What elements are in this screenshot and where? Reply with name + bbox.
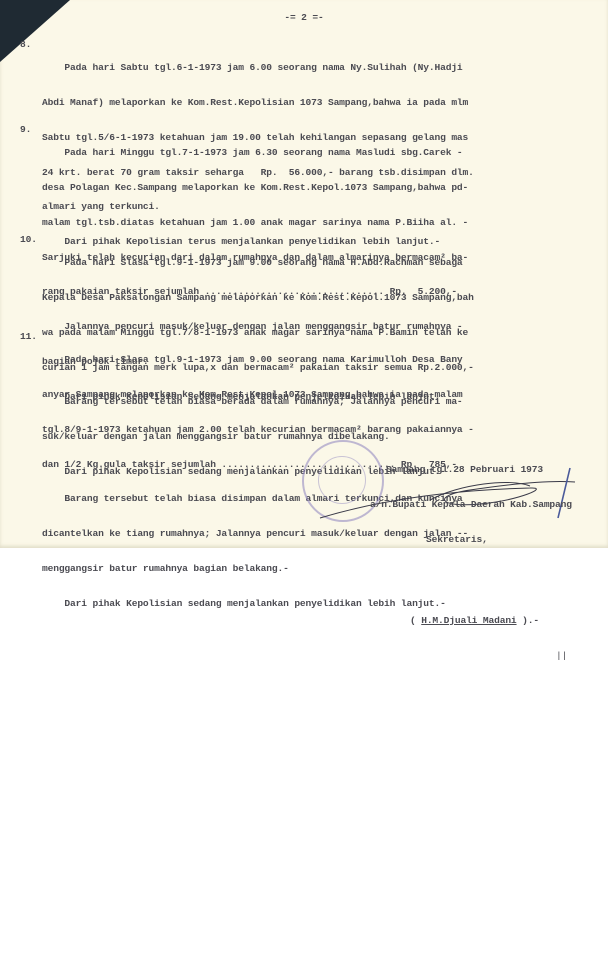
line: Pada hari Slasa tgl.9-1-1973 jam 9.00 se… bbox=[42, 354, 474, 366]
line: Abdi Manaf) melaporkan ke Kom.Rest.Kepol… bbox=[42, 97, 474, 109]
item-number: 8. bbox=[20, 39, 31, 51]
signatory-name-line: ( H.M.Djuali Madani ).- bbox=[380, 615, 572, 627]
line: Pada hari Slasa tgl.9-1-1973 jam 9.00 se… bbox=[42, 257, 474, 269]
report-item-11: 11. Pada hari Slasa tgl.9-1-1973 jam 9.0… bbox=[20, 331, 42, 377]
place-date: Sampang tgl.28 Pebruari 1973 bbox=[380, 464, 572, 476]
on-behalf-of: a/n.Bupati Kepala Daerah Kab.Sampang bbox=[370, 499, 572, 511]
item-number: 10. bbox=[20, 234, 37, 246]
line: Kepala Desa Paksalongan Sampang melapork… bbox=[42, 292, 474, 304]
line: malam tgl.tsb.diatas ketahuan jam 1.00 a… bbox=[42, 217, 468, 229]
line: anyar Sampang melaporkan ke Kom.Rest.Kep… bbox=[42, 389, 474, 401]
signature-block: Sampang tgl.28 Pebruari 1973 a/n.Bupati … bbox=[380, 441, 572, 684]
line: Pada hari Sabtu tgl.6-1-1973 jam 6.00 se… bbox=[42, 62, 474, 74]
item-number: 11. bbox=[20, 331, 37, 343]
report-item-8: 8. Pada hari Sabtu tgl.6-1-1973 jam 6.00… bbox=[20, 39, 42, 85]
margin-mark: || bbox=[380, 650, 572, 662]
document-page: -= 2 =- 8. Pada hari Sabtu tgl.6-1-1973 … bbox=[0, 0, 608, 548]
folded-corner-edge bbox=[0, 0, 22, 68]
item-number: 9. bbox=[20, 124, 31, 136]
report-item-10: 10. Pada hari Slasa tgl.9-1-1973 jam 9.0… bbox=[20, 234, 42, 280]
page-number: -= 2 =- bbox=[0, 12, 608, 24]
report-item-9: 9. Pada hari Minggu tgl.7-1-1973 jam 6.3… bbox=[20, 124, 42, 170]
line: Pada hari Minggu tgl.7-1-1973 jam 6.30 s… bbox=[42, 147, 468, 159]
signatory-title: Sekretaris, bbox=[380, 534, 572, 546]
signatory-name: H.M.Djuali Madani bbox=[421, 615, 516, 626]
line: desa Polagan Kec.Sampang melaporkan ke K… bbox=[42, 182, 468, 194]
line: tgl.8/9-1-1973 ketahuan jam 2.00 telah k… bbox=[42, 424, 474, 436]
